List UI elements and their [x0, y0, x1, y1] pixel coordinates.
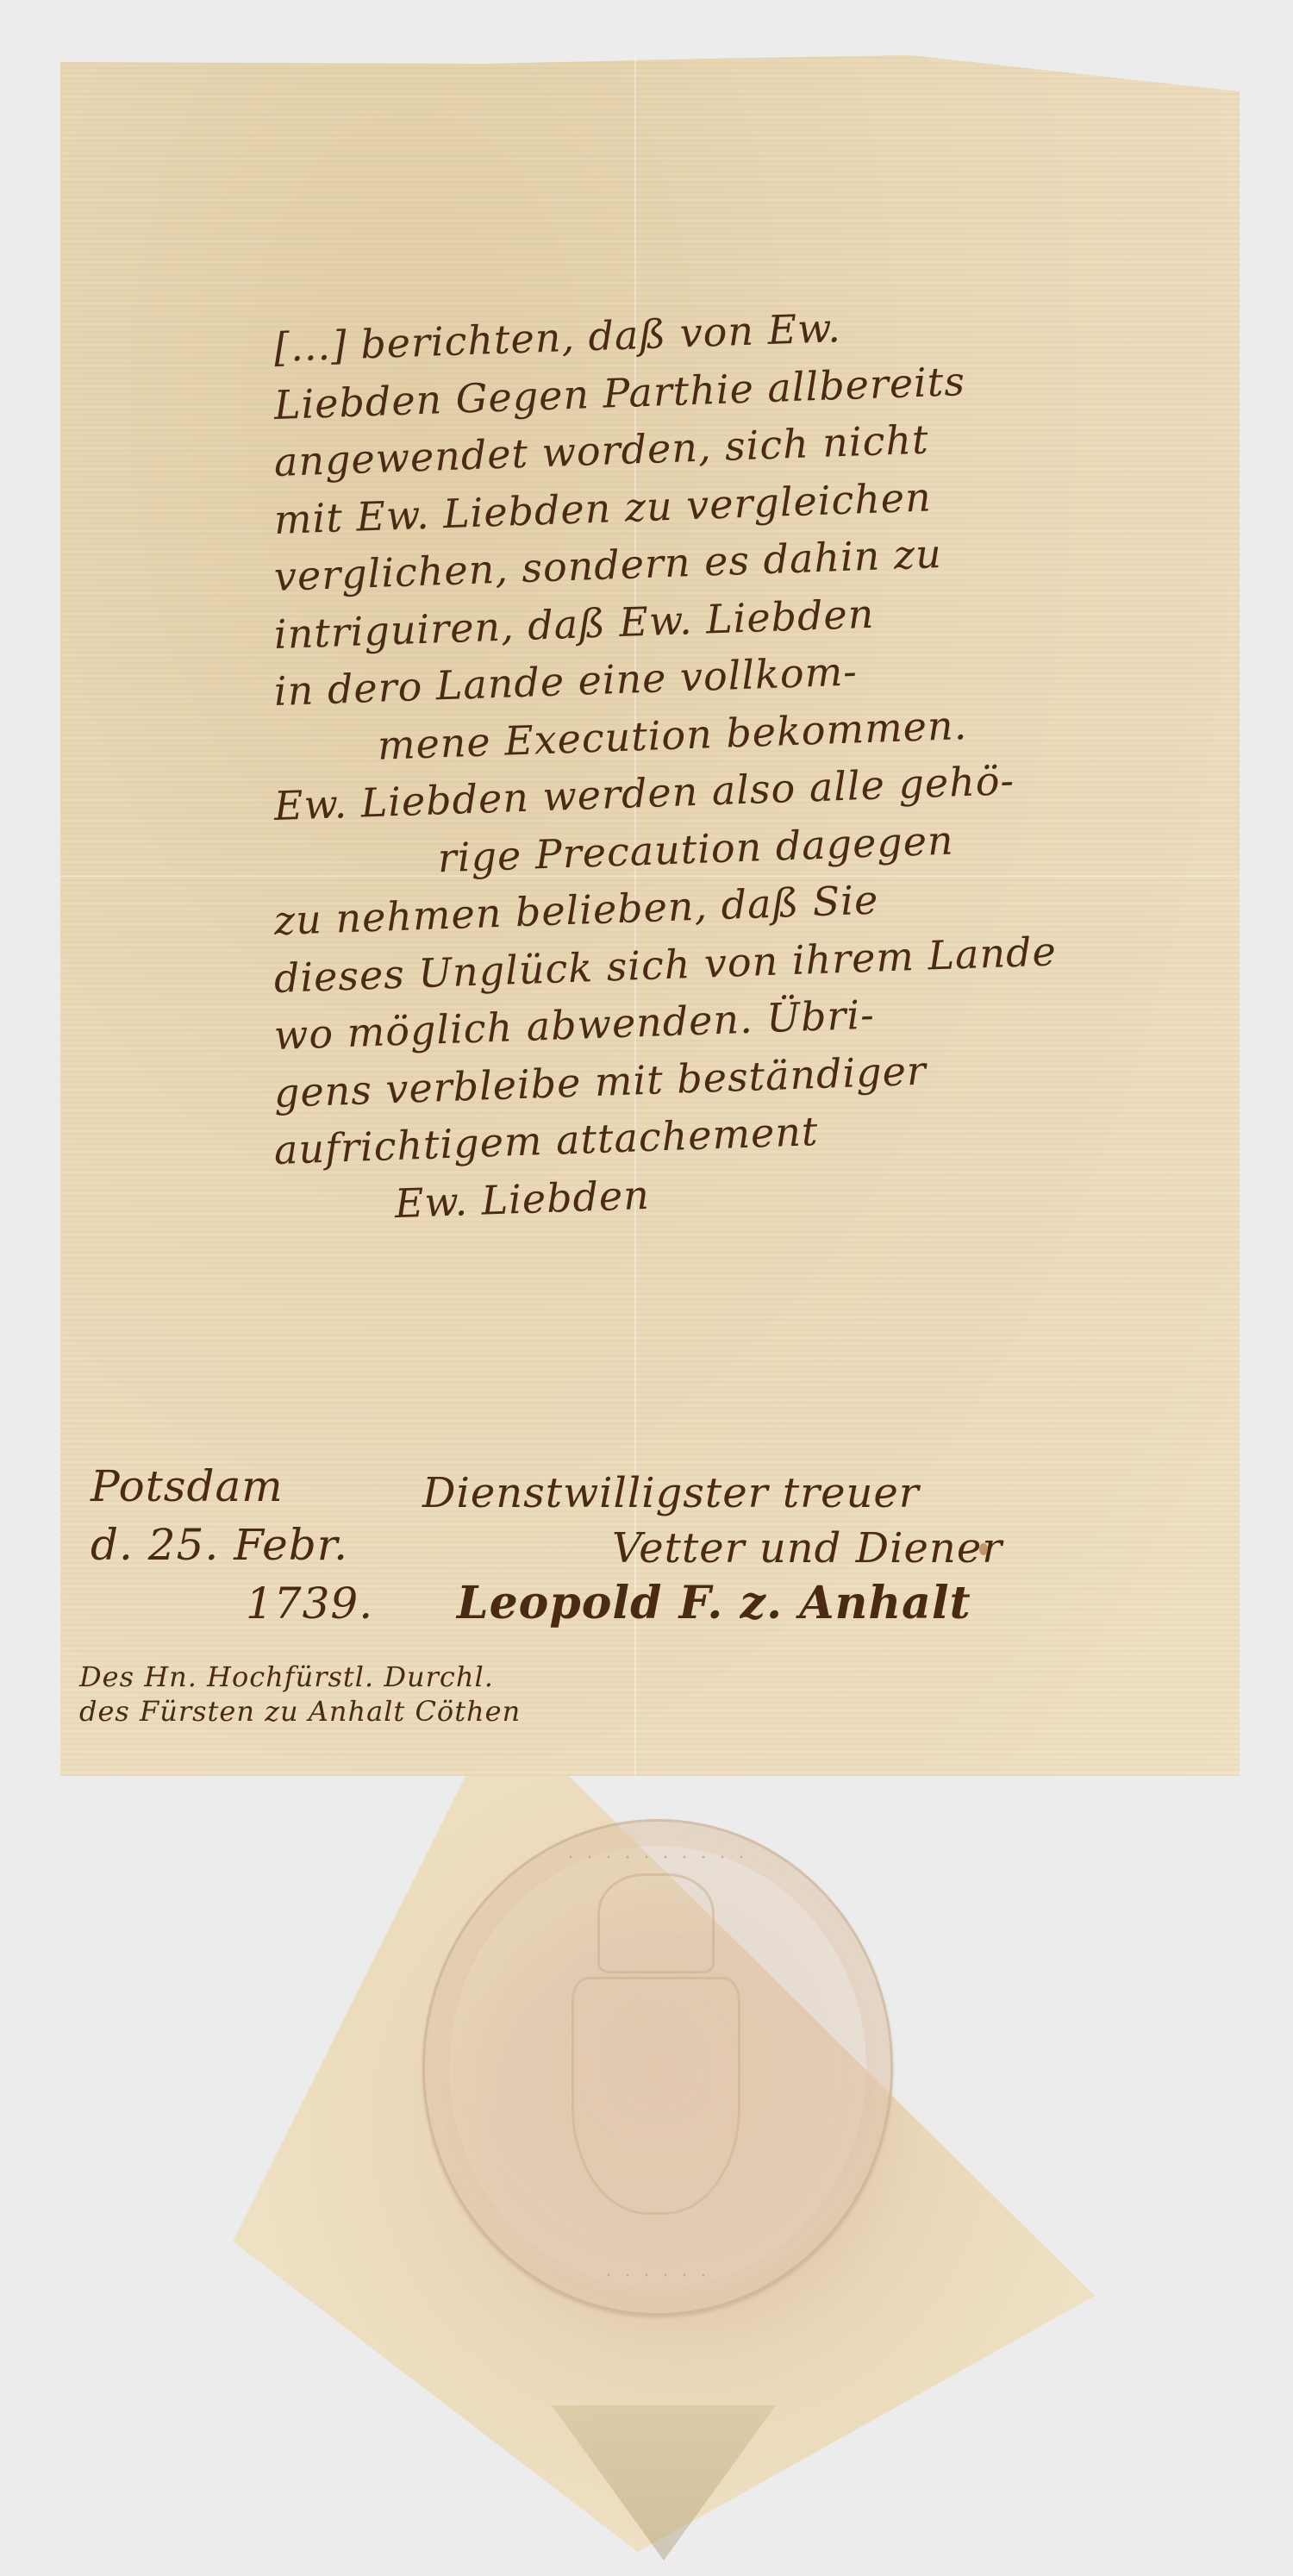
- address-line-1: Des Hn. Hochfürstl. Durchl.: [79, 1660, 521, 1694]
- date: d. 25. Febr.: [91, 1516, 373, 1574]
- place: Potsdam: [91, 1457, 373, 1516]
- seal-legend-bottom: · · · · · ·: [425, 2266, 890, 2287]
- closing-formula: Dienstwilligster treuer Vetter und Diene…: [422, 1466, 1003, 1631]
- crown-icon: [597, 1873, 715, 1973]
- place-and-date: Potsdam d. 25. Febr. 1739.: [91, 1457, 373, 1633]
- address-note: Des Hn. Hochfürstl. Durchl. des Fürsten …: [79, 1660, 521, 1729]
- year: 1739.: [91, 1574, 373, 1633]
- address-line-2: des Fürsten zu Anhalt Cöthen: [79, 1694, 521, 1729]
- seal-legend-top: · · · · · · · · · ·: [425, 1848, 890, 1869]
- letter-body: [...] berichten, daß von Ew. Liebden Geg…: [274, 319, 1057, 1236]
- coat-of-arms-icon: [572, 1977, 740, 2215]
- signature: Leopold F. z. Anhalt: [422, 1576, 1003, 1631]
- closing-line-2: Vetter und Diener: [422, 1521, 1003, 1576]
- closing-line-1: Dienstwilligster treuer: [422, 1466, 1003, 1521]
- embossed-seal-icon: · · · · · · · · · · · · · · · ·: [422, 1819, 893, 2316]
- ink-stain: [979, 1543, 988, 1555]
